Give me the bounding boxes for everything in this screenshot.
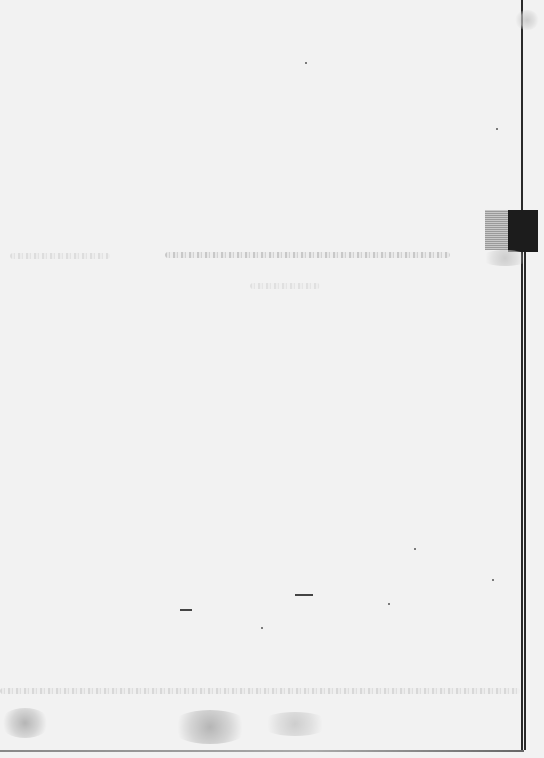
scan-smudge — [480, 250, 530, 266]
scan-noise-band — [250, 283, 320, 289]
scan-mark — [295, 594, 313, 596]
scan-speck — [496, 128, 498, 130]
scan-smudge — [0, 708, 50, 738]
page-edge-right-lower — [524, 250, 526, 750]
scan-speck — [414, 548, 416, 550]
scanned-page — [0, 0, 544, 758]
scan-smudge — [515, 10, 539, 30]
index-tab-dark — [508, 210, 538, 252]
index-tab-light — [485, 210, 509, 250]
scan-noise-band — [0, 688, 520, 694]
page-edge-bottom — [0, 750, 524, 752]
scan-mark — [180, 609, 192, 611]
scan-smudge — [260, 712, 330, 736]
scan-noise-band — [165, 252, 450, 258]
scan-speck — [261, 627, 263, 629]
scan-speck — [388, 603, 390, 605]
scan-smudge — [170, 710, 250, 744]
scan-speck — [305, 62, 307, 64]
scan-noise-band — [10, 253, 110, 259]
page-edge-right — [521, 0, 523, 750]
scan-speck — [492, 579, 494, 581]
